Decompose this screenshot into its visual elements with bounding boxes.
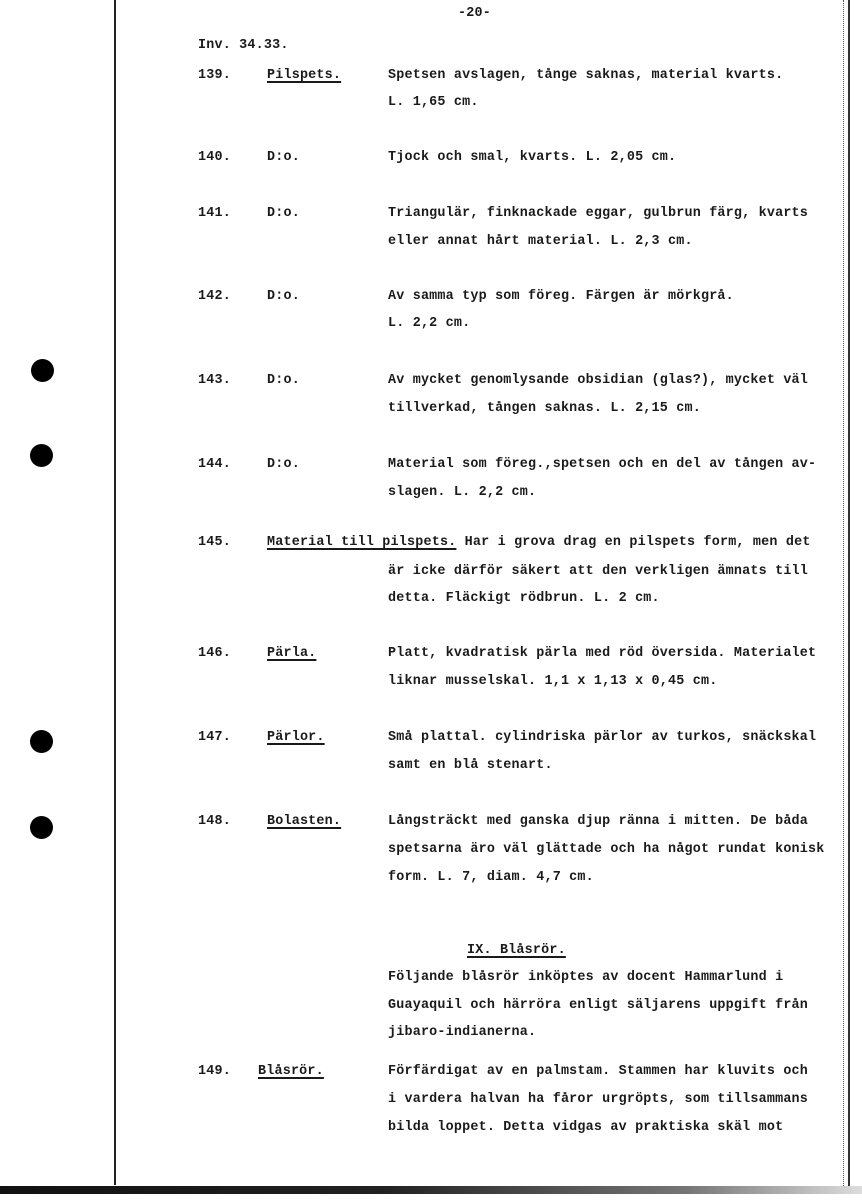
entry-desc-line: slagen. L. 2,2 cm. [388,485,536,500]
entry-name: Pilspets. [267,68,341,83]
entry-name: D:o. [267,150,300,165]
section-intro-line: jibaro-indianerna. [388,1025,536,1040]
inventory-number: Inv. 34.33. [198,38,289,53]
entry-desc-line: Material som föreg.,spetsen och en del a… [388,457,816,472]
entry-desc-line: L. 2,2 cm. [388,316,470,331]
entry-desc-line: Spetsen avslagen, tånge saknas, material… [388,68,783,83]
entry-name: Blåsrör. [258,1064,324,1079]
section-intro-line: Guayaquil och härröra enligt säljarens u… [388,998,808,1013]
punch-hole-3 [30,730,53,753]
entry-number: 143. [198,373,231,388]
entry-number: 141. [198,206,231,221]
entry-name: Pärla. [267,646,316,661]
section-intro-line: Följande blåsrör inköptes av docent Hamm… [388,970,783,985]
entry-name: D:o. [267,457,300,472]
document-page: -20- Inv. 34.33. 139. Pilspets. Spetsen … [0,0,862,1200]
entry-number: 140. [198,150,231,165]
entry-desc-line: Långsträckt med ganska djup ränna i mitt… [388,814,808,829]
entry-desc-line: detta. Fläckigt rödbrun. L. 2 cm. [388,591,660,606]
entry-desc-line: form. L. 7, diam. 4,7 cm. [388,870,594,885]
entry-name: Bolasten. [267,814,341,829]
entry-line: Material till pilspets. Har i grova drag… [267,535,811,550]
entry-desc-line: liknar musselskal. 1,1 x 1,13 x 0,45 cm. [388,674,717,689]
entry-desc-line: Av samma typ som föreg. Färgen är mörkgr… [388,289,734,304]
entry-number: 144. [198,457,231,472]
entry-number: 149. [198,1064,231,1079]
entry-desc-line: Små plattal. cylindriska pärlor av turko… [388,730,816,745]
entry-name: D:o. [267,373,300,388]
punch-hole-4 [30,816,53,839]
entry-desc-line: tillverkad, tången saknas. L. 2,15 cm. [388,401,701,416]
entry-number: 148. [198,814,231,829]
entry-desc-line: Förfärdigat av en palmstam. Stammen har … [388,1064,808,1079]
entry-number: 145. [198,535,231,550]
entry-number: 139. [198,68,231,83]
entry-desc-line: eller annat hårt material. L. 2,3 cm. [388,234,693,249]
entry-desc-line: bilda loppet. Detta vidgas av praktiska … [388,1120,783,1135]
entry-desc-line: är icke därför säkert att den verkligen … [388,564,808,579]
entry-name: D:o. [267,289,300,304]
entry-desc-line: Av mycket genomlysande obsidian (glas?),… [388,373,808,388]
page-right-edge [843,0,850,1190]
entry-name: D:o. [267,206,300,221]
margin-line [114,0,116,1185]
section-heading: IX. Blåsrör. [467,943,566,958]
entry-number: 147. [198,730,231,745]
entry-desc-line: Platt, kvadratisk pärla med röd översida… [388,646,816,661]
entry-desc-line: i vardera halvan ha fåror urgröpts, som … [388,1092,808,1107]
entry-name: Pärlor. [267,730,325,745]
entry-desc-line: spetsarna äro väl glättade och ha något … [388,842,825,857]
page-bottom-edge [0,1186,862,1194]
entry-number: 142. [198,289,231,304]
punch-hole-2 [30,444,53,467]
page-number: -20- [458,6,491,21]
entry-number: 146. [198,646,231,661]
entry-desc-line: samt en blå stenart. [388,758,553,773]
entry-desc-first: Har i grova drag en pilspets form, men d… [456,535,810,550]
entry-desc-line: Tjock och smal, kvarts. L. 2,05 cm. [388,150,676,165]
entry-desc-line: Triangulär, finknackade eggar, gulbrun f… [388,206,808,221]
entry-name: Material till pilspets. [267,535,456,550]
punch-hole-1 [31,359,54,382]
entry-desc-line: L. 1,65 cm. [388,95,479,110]
